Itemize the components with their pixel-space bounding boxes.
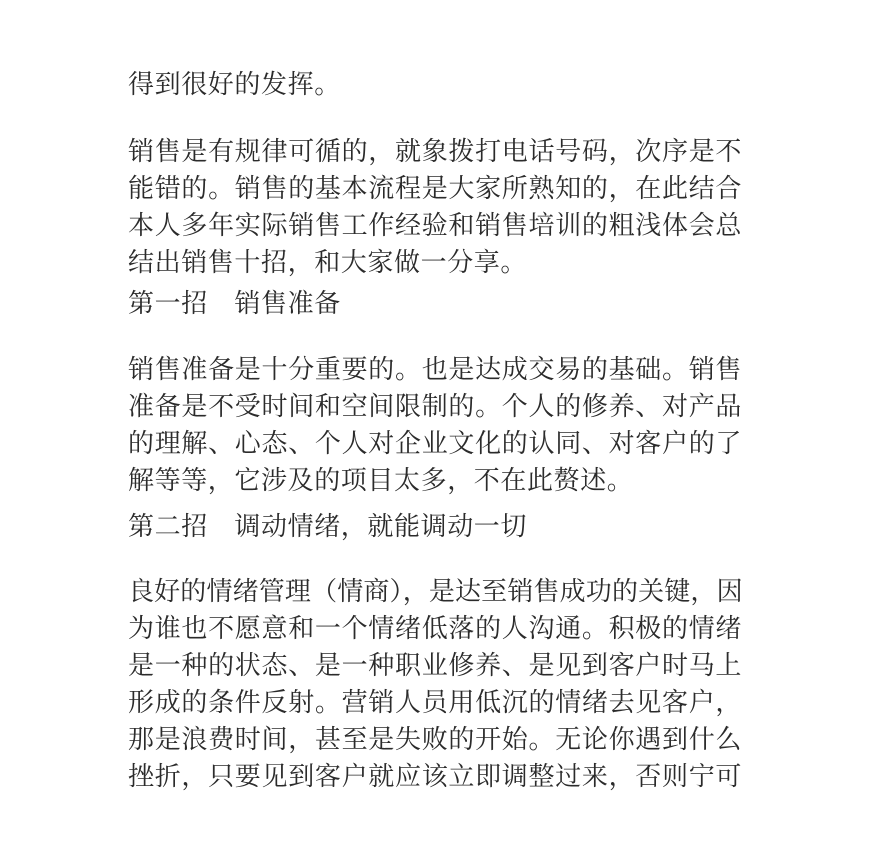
paragraph-sales-process: 销售是有规律可循的，就象拨打电话号码，次序是不能错的。销售的基本流程是大家所熟知… xyxy=(128,133,742,281)
text-line: 第一招 销售准备 xyxy=(128,285,742,322)
text-line: 挫折，只要见到客户就应该立即调整过来，否则宁可 xyxy=(128,758,742,795)
document-page: 得到很好的发挥。销售是有规律可循的，就象拨打电话号码，次序是不能错的。销售的基本… xyxy=(0,0,870,842)
text-line: 解等等，它涉及的项目太多，不在此赘述。 xyxy=(128,462,742,499)
paragraph-continuation: 得到很好的发挥。 xyxy=(128,66,742,103)
text-line: 准备是不受时间和空间限制的。个人的修养、对产品 xyxy=(128,388,742,425)
text-line: 得到很好的发挥。 xyxy=(128,66,742,103)
paragraph-move-2-body: 良好的情绪管理（情商），是达至销售成功的关键，因为谁也不愿意和一个情绪低落的人沟… xyxy=(128,573,742,795)
document-viewer: { "page": { "width": 870, "height": 842,… xyxy=(0,0,870,842)
heading-move-2: 第二招 调动情绪，就能调动一切 xyxy=(128,508,742,545)
text-line: 能错的。销售的基本流程是大家所熟知的，在此结合 xyxy=(128,170,742,207)
text-line: 那是浪费时间，甚至是失败的开始。无论你遇到什么 xyxy=(128,721,742,758)
text-line: 是一种的状态、是一种职业修养、是见到客户时马上 xyxy=(128,647,742,684)
text-line: 销售是有规律可循的，就象拨打电话号码，次序是不 xyxy=(128,133,742,170)
text-line: 为谁也不愿意和一个情绪低落的人沟通。积极的情绪 xyxy=(128,610,742,647)
text-line: 销售准备是十分重要的。也是达成交易的基础。销售 xyxy=(128,351,742,388)
text-line: 第二招 调动情绪，就能调动一切 xyxy=(128,508,742,545)
text-line: 结出销售十招，和大家做一分享。 xyxy=(128,244,742,281)
text-line: 良好的情绪管理（情商），是达至销售成功的关键，因 xyxy=(128,573,742,610)
text-line: 形成的条件反射。营销人员用低沉的情绪去见客户， xyxy=(128,684,742,721)
heading-move-1: 第一招 销售准备 xyxy=(128,285,742,322)
text-line: 本人多年实际销售工作经验和销售培训的粗浅体会总 xyxy=(128,207,742,244)
paragraph-move-1-body: 销售准备是十分重要的。也是达成交易的基础。销售准备是不受时间和空间限制的。个人的… xyxy=(128,351,742,499)
text-line: 的理解、心态、个人对企业文化的认同、对客户的了 xyxy=(128,425,742,462)
